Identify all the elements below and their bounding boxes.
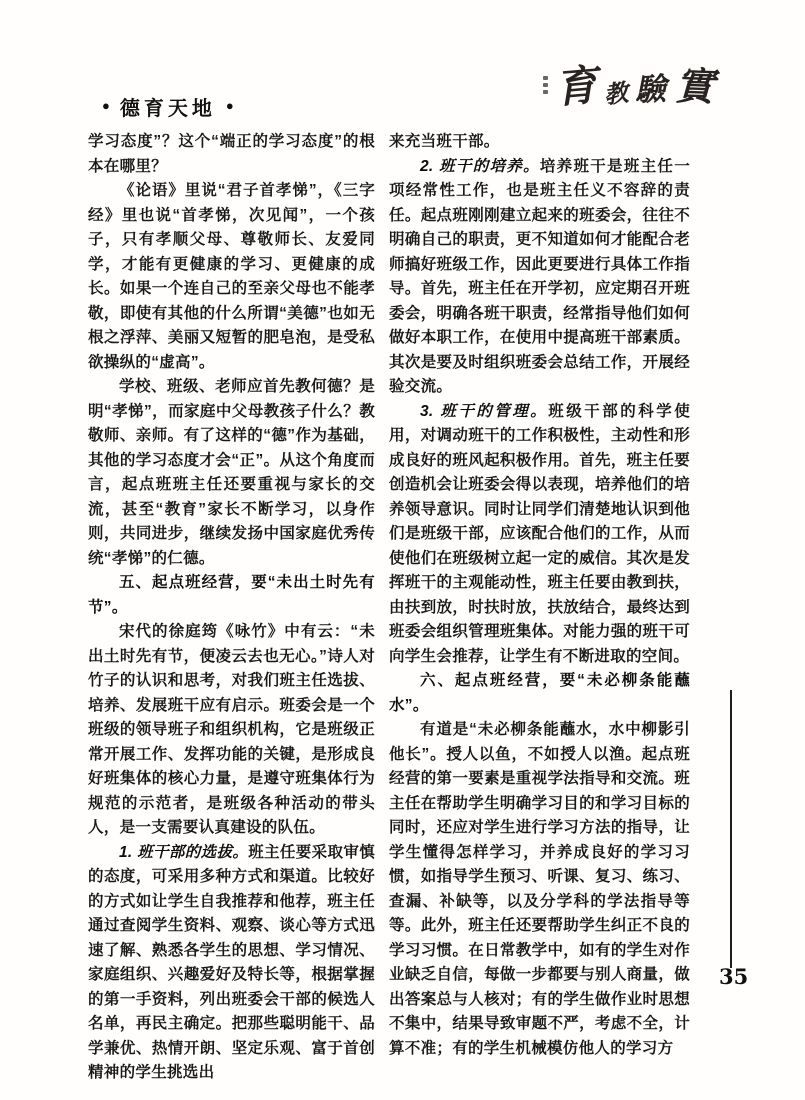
masthead-calligraphy: 育教驗實	[543, 66, 733, 136]
paragraph-text: 六、起点班经营，要“未必柳条能蘸水”。	[389, 672, 690, 714]
paragraph-text: 《论语》里说“君子首孝悌”，《三字经》里也说“首孝悌，次见闻”，一个孩子，只有孝…	[88, 182, 375, 371]
paragraph: 来充当班干部。	[389, 130, 690, 155]
paragraph-text: 班主任要采取审慎的态度，可采用多种方式和渠道。比较好的方式如让学生自我推荐和他荐…	[88, 844, 375, 1082]
paragraph-text: 学校、班级、老师应首先教何德？是明“孝悌”，而家庭中父母教孩子什么？教敬师、亲师…	[88, 378, 375, 567]
section-tag-label: 德育天地	[120, 92, 216, 121]
page-number: 35	[719, 964, 748, 989]
paragraph: 1. 班干部的选拔。班主任要采取审慎的态度，可采用多种方式和渠道。比较好的方式如…	[88, 841, 375, 1086]
section-tag-right-dot-icon: ●	[226, 98, 234, 113]
scanned-journal-page: ● 德育天地 ● 育教驗實 学习态度”？这个“端正的学习态度”的根本在哪里？《论…	[0, 0, 805, 1100]
paragraph: 学习态度”？这个“端正的学习态度”的根本在哪里？	[88, 130, 375, 179]
paragraph-text: 班级干部的科学使用，对调动班干的工作积极性，主动性和形成良好的班风起积极作用。首…	[389, 403, 690, 665]
section-tag-left-dot-icon: ●	[102, 98, 110, 113]
paragraph-lead: 2. 班干的培养。	[420, 158, 540, 175]
masthead-char: 育	[553, 64, 599, 110]
text-column-right: 来充当班干部。2. 班干的培养。培养班干是班主任一项经常性工作，也是班主任义不容…	[389, 130, 690, 1086]
paragraph: 2. 班干的培养。培养班干是班主任一项经常性工作，也是班主任义不容辞的责任。起点…	[389, 155, 690, 400]
text-column-left: 学习态度”？这个“端正的学习态度”的根本在哪里？《论语》里说“君子首孝悌”，《三…	[88, 130, 375, 1086]
paragraph-text: 来充当班干部。	[389, 133, 500, 150]
paragraph: 《论语》里说“君子首孝悌”，《三字经》里也说“首孝悌，次见闻”，一个孩子，只有孝…	[88, 179, 375, 375]
paragraph-text: 宋代的徐庭筠《咏竹》中有云：“未出土时先有节，便凌云去也无心。”诗人对竹子的认识…	[88, 623, 375, 836]
paragraph-text: 五、起点班经营，要“未出土时先有节”。	[88, 574, 375, 616]
paragraph: 有道是“未必柳条能蘸水，水中柳影引他长”。授人以鱼，不如授人以渔。起点班经营的第…	[389, 718, 690, 1061]
paragraph: 宋代的徐庭筠《咏竹》中有云：“未出土时先有节，便凌云去也无心。”诗人对竹子的认识…	[88, 620, 375, 841]
masthead-char: 教	[603, 81, 630, 108]
paragraph-lead: 1. 班干部的选拔。	[119, 844, 248, 861]
section-heading: 六、起点班经营，要“未必柳条能蘸水”。	[389, 669, 690, 718]
paragraph: 学校、班级、老师应首先教何德？是明“孝悌”，而家庭中父母教孩子什么？教敬师、亲师…	[88, 375, 375, 571]
masthead-char: 實	[674, 67, 714, 107]
article-body: 学习态度”？这个“端正的学习态度”的根本在哪里？《论语》里说“君子首孝悌”，《三…	[88, 130, 690, 1086]
paragraph-text: 学习态度”？这个“端正的学习态度”的根本在哪里？	[88, 133, 375, 175]
calligrapher-signature-mark	[543, 76, 548, 94]
masthead-char: 驗	[634, 74, 667, 107]
paragraph-text: 培养班干是班主任一项经常性工作，也是班主任义不容辞的责任。起点班刚刚建立起来的班…	[389, 158, 690, 396]
section-heading: 五、起点班经营，要“未出土时先有节”。	[88, 571, 375, 620]
paragraph-text: 有道是“未必柳条能蘸水，水中柳影引他长”。授人以鱼，不如授人以渔。起点班经营的第…	[389, 721, 690, 1057]
paragraph-lead: 3. 班干的管理。	[420, 403, 548, 420]
right-margin-rule	[730, 690, 732, 968]
section-tag: ● 德育天地 ●	[92, 92, 244, 121]
paragraph: 3. 班干的管理。班级干部的科学使用，对调动班干的工作积极性，主动性和形成良好的…	[389, 400, 690, 670]
